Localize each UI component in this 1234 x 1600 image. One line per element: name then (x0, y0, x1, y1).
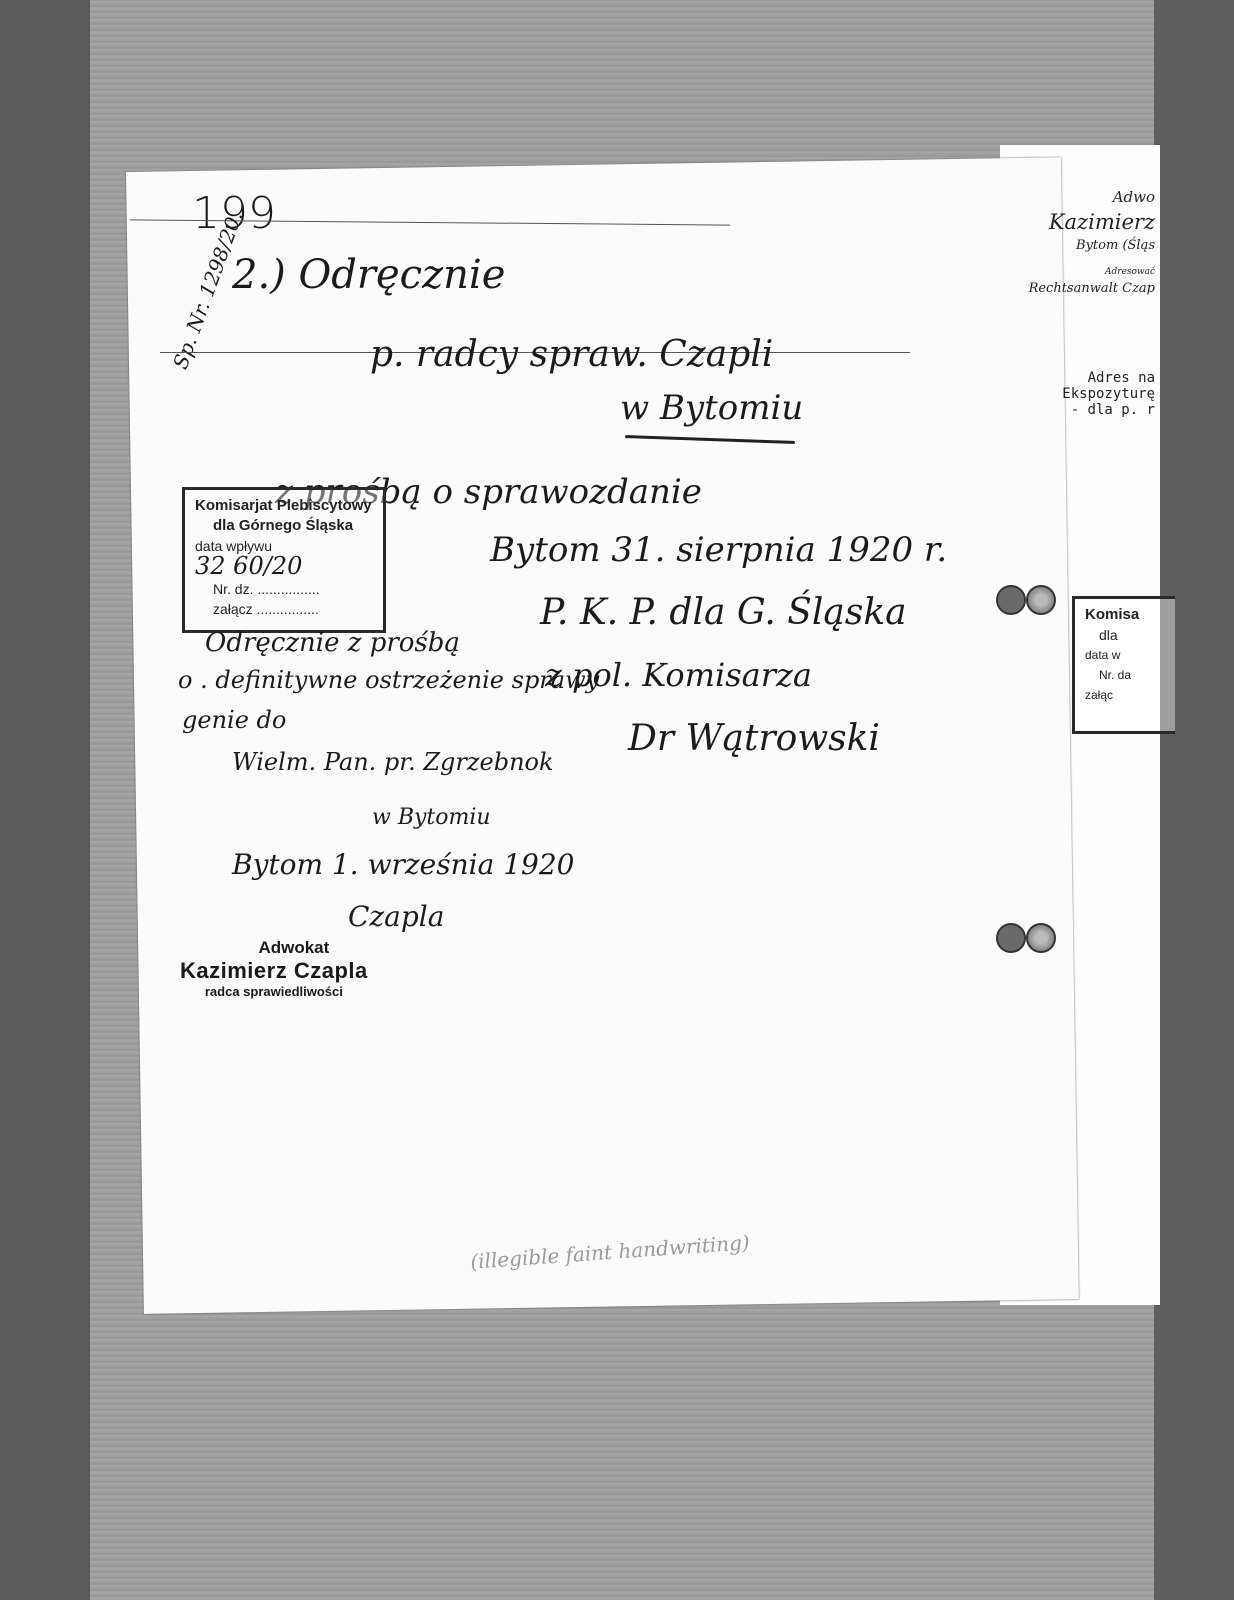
stamp-line: Komisarjat Plebiscytowy (195, 496, 373, 516)
side-letterhead-address-label: Adresować (1010, 267, 1155, 277)
advocate-title: Adwokat (180, 938, 368, 958)
punch-hole (996, 923, 1026, 953)
stamp-dots: ................ (257, 581, 319, 597)
side-address-line: - dla p. r (1020, 402, 1155, 418)
issuer-signature: Dr Wątrowski (628, 718, 880, 759)
punch-hole (996, 585, 1026, 615)
issuer-line1: P. K. P. dla G. Śląska (540, 592, 907, 633)
side-stamp: Komisa dla data w Nr. da załąc (1072, 596, 1175, 734)
punch-hole (1026, 585, 1056, 615)
stamp-attachment-row: załącz ................ (195, 599, 373, 619)
side-stamp-line: załąc (1085, 685, 1165, 705)
side-stamp-line: Komisa (1085, 605, 1165, 625)
reply-line5: w Bytomiu (372, 805, 491, 830)
stamp-dots: ................ (257, 601, 319, 617)
side-letterhead-title: Adwo (1010, 188, 1155, 206)
stamp-attachment-label: załącz (195, 601, 253, 617)
reply-line4: Wielm. Pan. pr. Zgrzebnok (232, 748, 554, 776)
side-address-block: Adres na Ekspozyturę - dla p. r (1020, 370, 1155, 418)
stamp-date-value: 32 60/20 (195, 552, 302, 580)
reply-line2: o . definitywne ostrzeżenie sprawy (178, 666, 599, 694)
advocate-subtitle: radca sprawiedliwości (180, 984, 368, 999)
reply-date: Bytom 1. września 1920 (232, 848, 574, 881)
incoming-registration-stamp: Komisarjat Plebiscytowy dla Górnego Śląs… (182, 487, 386, 633)
side-letterhead: Adwo Kazimierz Bytom (Śląs Adresować Rec… (1010, 180, 1155, 296)
main-document-page (126, 157, 1079, 1314)
side-letterhead-name: Kazimierz (1010, 210, 1155, 234)
punch-hole (1026, 923, 1056, 953)
stamp-line: dla Górnego Śląska (195, 516, 373, 536)
film-border-left (0, 0, 90, 1600)
side-stamp-line: data w (1085, 645, 1165, 665)
heading-odrecznie: 2.) Odręcznie (232, 252, 505, 298)
side-letterhead-city: Bytom (Śląs (1010, 238, 1155, 253)
stamp-date-row: data wpływu 32 60/20 (195, 536, 373, 579)
reply-signature: Czapla (348, 900, 444, 933)
side-address-line: Ekspozyturę (1020, 386, 1155, 402)
advocate-stamp: Adwokat Kazimierz Czapla radca sprawiedl… (180, 938, 368, 999)
side-stamp-line: Nr. da (1085, 665, 1165, 685)
date-line: Bytom 31. sierpnia 1920 r. (490, 530, 947, 570)
side-address-line: Adres na (1020, 370, 1155, 386)
reply-line3: genie do (182, 706, 286, 734)
advocate-name: Kazimierz Czapla (180, 958, 368, 984)
addressee-line2: w Bytomiu (620, 388, 803, 428)
addressee-line1: p. radcy spraw. Czapli (370, 334, 773, 375)
side-stamp-line: dla (1085, 625, 1165, 645)
side-letterhead-german: Rechtsanwalt Czap (1010, 281, 1155, 296)
stamp-nr-label: Nr. dz. (195, 581, 253, 597)
reply-line1: Odręcznie z prośbą (205, 628, 460, 658)
film-border-right (1154, 0, 1234, 1600)
stamp-nr-row: Nr. dz. ................ (195, 579, 373, 599)
